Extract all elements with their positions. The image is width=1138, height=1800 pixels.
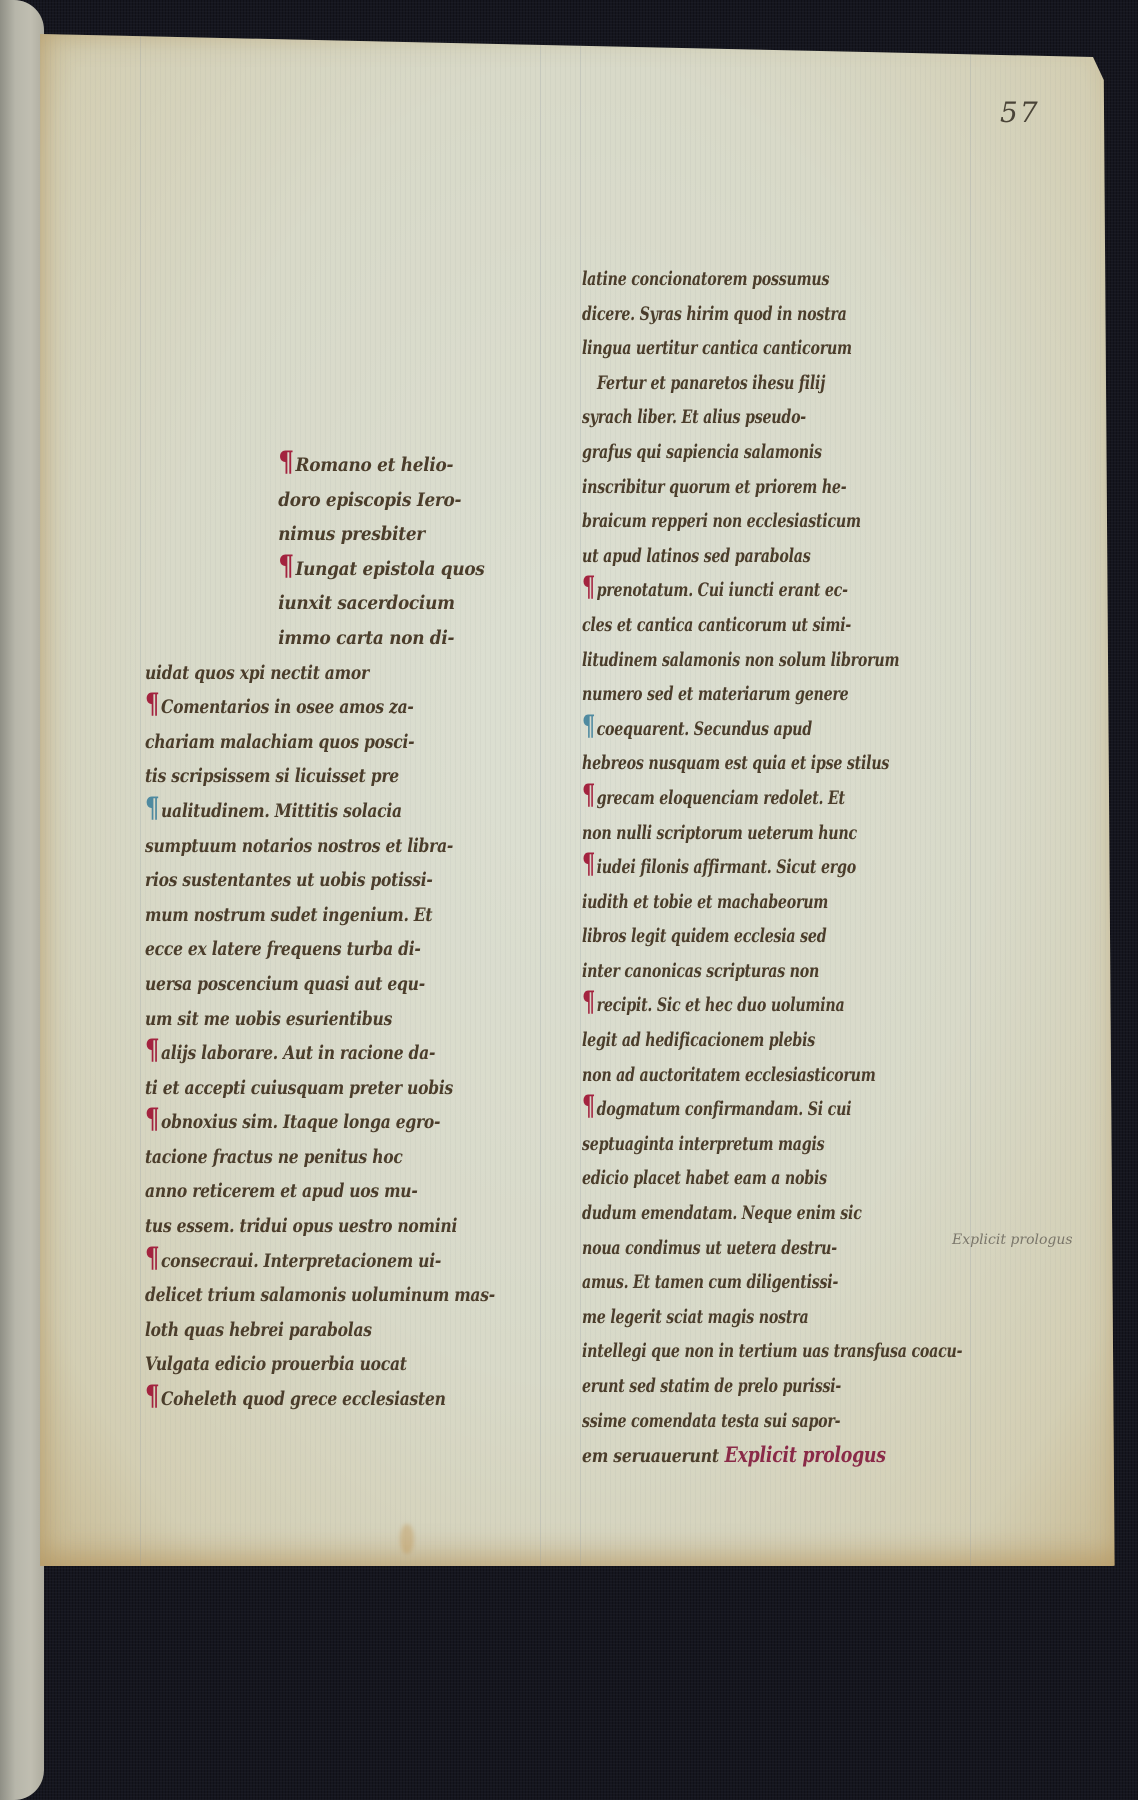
text-line-content: inscribitur quorum et priorem he- <box>582 476 846 498</box>
text-line: ¶prenotatum. Cui iuncti erant ec- <box>582 573 962 608</box>
rubricated-initial: ¶ <box>278 556 294 576</box>
text-line-content: mum nostrum sudet ingenium. Et <box>145 904 432 926</box>
rubricated-initial: ¶ <box>582 992 595 1012</box>
text-line-content: braicum repperi non ecclesiasticum <box>582 510 861 532</box>
text-line: um sit me uobis esurientibus <box>145 1002 495 1037</box>
text-line: latine concionatorem possumus <box>582 262 962 297</box>
text-line-content: dicere. Syras hirim quod in nostra <box>582 303 847 325</box>
rubricated-initial: ¶ <box>145 1248 159 1268</box>
stain <box>400 1524 414 1554</box>
text-line-content: loth quas hebrei parabolas <box>145 1319 372 1341</box>
text-line-content: coequarent. Secundus apud <box>597 718 812 740</box>
text-line: libros legit quidem ecclesia sed <box>582 919 962 954</box>
text-line: ecce ex latere frequens turba di- <box>145 932 495 967</box>
text-line-content: obnoxius sim. Itaque longa egro- <box>161 1111 440 1133</box>
text-line: tacione fractus ne penitus hoc <box>145 1140 495 1175</box>
text-line-content: me legerit sciat magis nostra <box>582 1306 808 1328</box>
text-line: sumptuum notarios nostros et libra- <box>145 829 495 864</box>
text-line: amus. Et tamen cum diligentissi- <box>582 1265 962 1300</box>
text-line-content: rios sustentantes ut uobis potissi- <box>145 869 433 891</box>
text-line: dicere. Syras hirim quod in nostra <box>582 297 962 332</box>
text-line: iunxit sacerdocium <box>145 586 525 621</box>
text-line-content: edicio placet habet eam a nobis <box>582 1167 827 1189</box>
text-line-content: chariam malachiam quos posci- <box>145 731 414 753</box>
text-line: hebreos nusquam est quia et ipse stilus <box>582 746 962 781</box>
text-line: inscribitur quorum et priorem he- <box>582 470 962 505</box>
text-line: numero sed et materiarum genere <box>582 677 962 712</box>
text-line: legit ad hedificacionem plebis <box>582 1023 962 1058</box>
text-line: tus essem. tridui opus uestro nomini <box>145 1209 495 1244</box>
text-line: inter canonicas scripturas non <box>582 954 962 989</box>
text-line: non nulli scriptorum ueterum hunc <box>582 816 962 851</box>
text-line: ¶alijs laborare. Aut in racione da- <box>145 1036 495 1071</box>
text-line-content: cles et cantica canticorum ut simi- <box>582 614 851 636</box>
rubricated-initial: ¶ <box>278 452 294 472</box>
text-line-content: ti et accepti cuiusquam preter uobis <box>145 1077 453 1099</box>
text-line-content: prenotatum. Cui iuncti erant ec- <box>597 579 848 601</box>
text-line: rios sustentantes ut uobis potissi- <box>145 863 495 898</box>
text-line-content: Comentarios in osee amos za- <box>161 696 414 718</box>
stain <box>770 1584 780 1600</box>
text-line-content: ualitudinem. Mittitis solacia <box>161 800 402 822</box>
text-line: ¶recipit. Sic et hec duo uolumina <box>582 988 962 1023</box>
text-line-content: Iungat epistola quos <box>296 558 485 580</box>
rubricated-initial: ¶ <box>145 1040 159 1060</box>
text-line: syrach liber. Et alius pseudo- <box>582 400 962 435</box>
text-line-content: iudei filonis affirmant. Sicut ergo <box>597 856 856 878</box>
text-line-content: Coheleth quod grece ecclesiasten <box>161 1388 446 1410</box>
rubricated-initial: ¶ <box>582 854 595 874</box>
rubricated-initial: ¶ <box>145 1109 159 1129</box>
text-line: intellegi que non in tertium uas transfu… <box>582 1334 962 1369</box>
text-line: me legerit sciat magis nostra <box>582 1300 962 1335</box>
text-line: ut apud latinos sed parabolas <box>582 539 962 574</box>
marginal-note: Explicit prologus <box>952 1232 1073 1248</box>
text-line-content: tus essem. tridui opus uestro nomini <box>145 1215 457 1237</box>
text-line: em seruauerunt Explicit prologus <box>582 1438 1002 1473</box>
text-line: ¶coequarent. Secundus apud <box>582 712 962 747</box>
text-line: ti et accepti cuiusquam preter uobis <box>145 1071 495 1106</box>
text-line-content: delicet trium salamonis uoluminum mas- <box>145 1284 495 1306</box>
explicit-rubric: Explicit prologus <box>719 1442 886 1467</box>
text-line: delicet trium salamonis uoluminum mas- <box>145 1278 495 1313</box>
text-line: edicio placet habet eam a nobis <box>582 1161 962 1196</box>
text-line-content: dogmatum confirmandam. Si cui <box>597 1098 852 1120</box>
text-line: ssime comendata testa sui sapor- <box>582 1404 962 1439</box>
text-line-content: iudith et tobie et machabeorum <box>582 891 828 913</box>
text-line-content: iunxit sacerdocium <box>278 592 454 614</box>
text-line: loth quas hebrei parabolas <box>145 1313 495 1348</box>
text-line: erunt sed statim de prelo purissi- <box>582 1369 962 1404</box>
text-line: doro episcopis Iero- <box>145 483 525 518</box>
text-line: cles et cantica canticorum ut simi- <box>582 608 962 643</box>
text-line-content: erunt sed statim de prelo purissi- <box>582 1375 841 1397</box>
text-line: ¶Iungat epistola quos <box>145 552 525 587</box>
text-line: uersa poscencium quasi aut equ- <box>145 967 495 1002</box>
text-line-content: latine concionatorem possumus <box>582 268 829 290</box>
text-line: chariam malachiam quos posci- <box>145 725 495 760</box>
text-line: septuaginta interpretum magis <box>582 1127 962 1162</box>
text-line-content: uersa poscencium quasi aut equ- <box>145 973 425 995</box>
text-line-content: grecam eloquenciam redolet. Et <box>597 787 845 809</box>
text-line-content: anno reticerem et apud uos mu- <box>145 1180 418 1202</box>
text-line-content: grafus qui sapiencia salamonis <box>582 441 822 463</box>
text-line-content: ecce ex latere frequens turba di- <box>145 938 421 960</box>
rubricated-initial: ¶ <box>582 716 595 736</box>
text-line: braicum repperi non ecclesiasticum <box>582 504 962 539</box>
text-line-content: tacione fractus ne penitus hoc <box>145 1146 403 1168</box>
text-line-content: immo carta non di- <box>278 627 454 649</box>
rubricated-initial: ¶ <box>582 577 595 597</box>
text-line-content: ssime comendata testa sui sapor- <box>582 1410 840 1432</box>
rubricated-initial: ¶ <box>582 1096 595 1116</box>
text-line: ¶Romano et helio- <box>145 448 525 483</box>
text-line-content: intellegi que non in tertium uas transfu… <box>582 1340 962 1362</box>
text-line-content: Romano et helio- <box>296 454 454 476</box>
text-line: Vulgata edicio prouerbia uocat <box>145 1347 495 1382</box>
text-line: nimus presbiter <box>145 517 525 552</box>
ruling-line <box>140 34 141 1566</box>
text-line-content: litudinem salamonis non solum librorum <box>582 649 899 671</box>
text-line: ¶iudei filonis affirmant. Sicut ergo <box>582 850 962 885</box>
rubricated-initial: ¶ <box>145 1386 159 1406</box>
text-line: lingua uertitur cantica canticorum <box>582 331 962 366</box>
text-line: litudinem salamonis non solum librorum <box>582 643 962 678</box>
text-line: ¶grecam eloquenciam redolet. Et <box>582 781 962 816</box>
ruling-line <box>580 34 581 1566</box>
text-line-content: um sit me uobis esurientibus <box>145 1008 392 1030</box>
text-line: uidat quos xpi nectit amor <box>145 656 495 691</box>
text-line-content: inter canonicas scripturas non <box>582 960 819 982</box>
book-gutter <box>0 0 44 1800</box>
text-line-content: sumptuum notarios nostros et libra- <box>145 835 453 857</box>
text-line-content: hebreos nusquam est quia et ipse stilus <box>582 752 889 774</box>
rubricated-initial: ¶ <box>582 785 595 805</box>
text-line-content: Vulgata edicio prouerbia uocat <box>145 1353 407 1375</box>
text-line: dudum emendatam. Neque enim sic <box>582 1196 962 1231</box>
rubricated-initial: ¶ <box>145 694 159 714</box>
text-line-content: legit ad hedificacionem plebis <box>582 1029 815 1051</box>
text-line: grafus qui sapiencia salamonis <box>582 435 962 470</box>
text-line: mum nostrum sudet ingenium. Et <box>145 898 495 933</box>
text-line-content: em seruauerunt <box>582 1445 719 1467</box>
text-line-content: noua condimus ut uetera destru- <box>582 1237 837 1259</box>
text-line: ¶obnoxius sim. Itaque longa egro- <box>145 1105 495 1140</box>
text-line-content: doro episcopis Iero- <box>278 489 461 511</box>
text-line-content: libros legit quidem ecclesia sed <box>582 925 826 947</box>
text-line-content: septuaginta interpretum magis <box>582 1133 824 1155</box>
rubricated-initial: ¶ <box>145 798 159 818</box>
text-line-content: tis scripsissem si licuisset pre <box>145 765 399 787</box>
text-line-content: Fertur et panaretos ihesu filij <box>597 372 825 394</box>
text-line-content: amus. Et tamen cum diligentissi- <box>582 1271 838 1293</box>
text-line-content: alijs laborare. Aut in racione da- <box>161 1042 435 1064</box>
text-line-content: syrach liber. Et alius pseudo- <box>582 406 806 428</box>
text-line: ¶dogmatum confirmandam. Si cui <box>582 1092 962 1127</box>
text-line: non ad auctoritatem ecclesiasticorum <box>582 1058 962 1093</box>
text-column-right: latine concionatorem possumusdicere. Syr… <box>582 262 1091 1473</box>
folio-number: 57 <box>1000 96 1040 129</box>
text-line: immo carta non di- <box>145 621 525 656</box>
stain <box>310 1694 320 1712</box>
text-line-content: non nulli scriptorum ueterum hunc <box>582 822 857 844</box>
text-column-left: ¶Romano et helio-doro episcopis Iero-nim… <box>145 448 573 1417</box>
text-line-content: consecraui. Interpretacionem ui- <box>161 1250 441 1272</box>
text-line-content: ut apud latinos sed parabolas <box>582 545 811 567</box>
text-line-content: lingua uertitur cantica canticorum <box>582 337 852 359</box>
text-line: ¶ualitudinem. Mittitis solacia <box>145 794 495 829</box>
text-line: noua condimus ut uetera destru- <box>582 1231 962 1266</box>
text-line: iudith et tobie et machabeorum <box>582 885 962 920</box>
text-line: ¶Comentarios in osee amos za- <box>145 690 495 725</box>
text-line-content: nimus presbiter <box>278 523 425 545</box>
text-line: Fertur et panaretos ihesu filij <box>582 366 962 401</box>
text-line: anno reticerem et apud uos mu- <box>145 1174 495 1209</box>
text-line-content: recipit. Sic et hec duo uolumina <box>597 994 845 1016</box>
text-line-content: numero sed et materiarum genere <box>582 683 848 705</box>
text-line-content: non ad auctoritatem ecclesiasticorum <box>582 1064 876 1086</box>
text-line: ¶consecraui. Interpretacionem ui- <box>145 1244 495 1279</box>
text-line: tis scripsissem si licuisset pre <box>145 759 495 794</box>
text-line: ¶Coheleth quod grece ecclesiasten <box>145 1382 495 1417</box>
text-line-content: uidat quos xpi nectit amor <box>145 662 369 684</box>
text-line-content: dudum emendatam. Neque enim sic <box>582 1202 862 1224</box>
